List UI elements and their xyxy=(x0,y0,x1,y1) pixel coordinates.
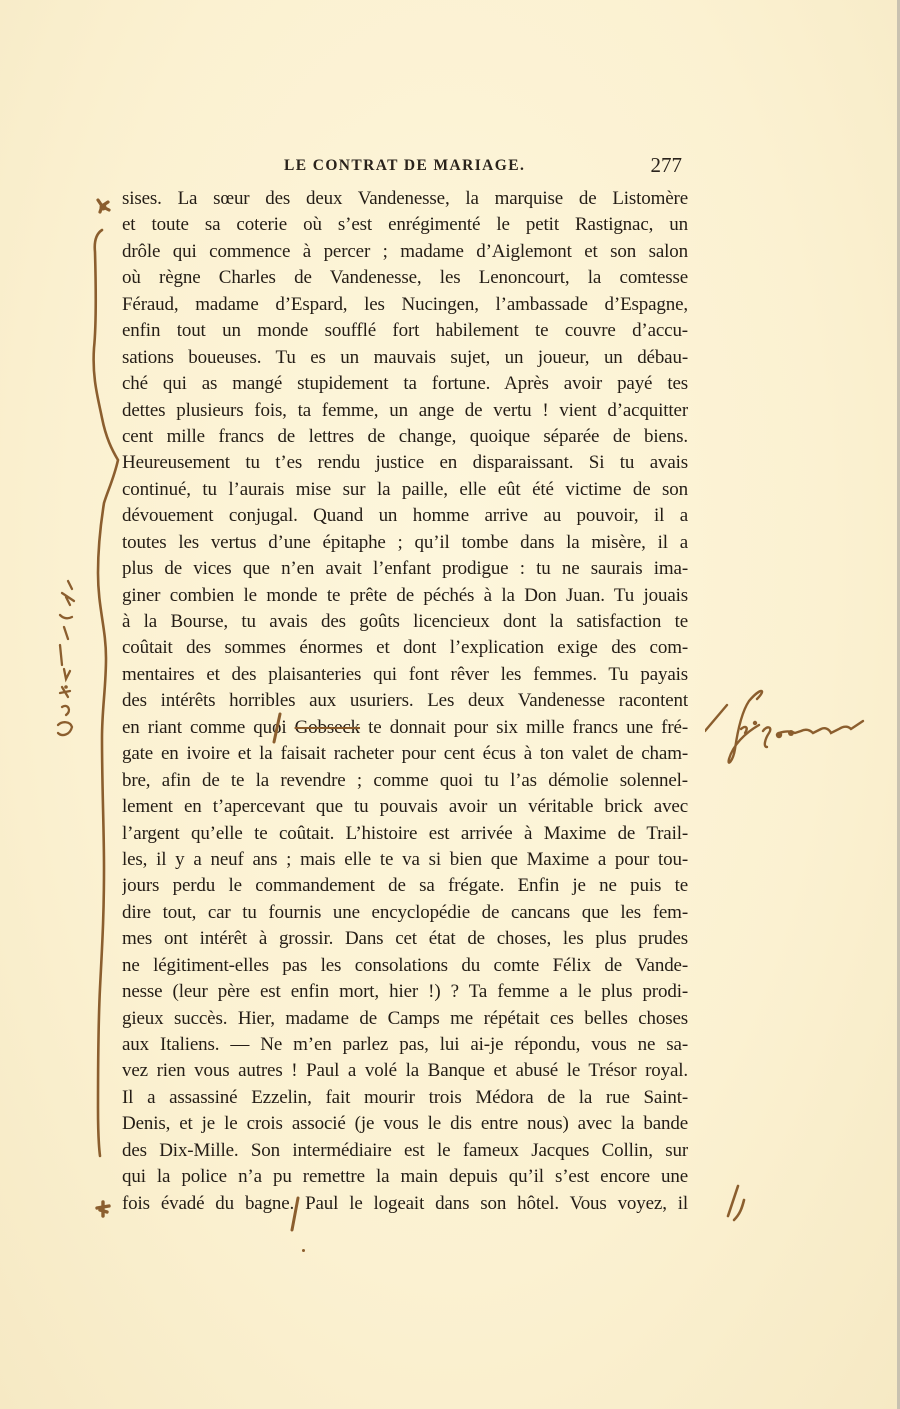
text-line: enfin tout un monde soufflé fort habilem… xyxy=(122,318,688,344)
running-title: LE CONTRAT DE MARIAGE. xyxy=(284,157,525,175)
text-line: à la Bourse, tu avais des goûts licencie… xyxy=(122,609,688,635)
text-line: jours perdu le commandement de sa frégat… xyxy=(122,873,688,899)
text-line: gieux succès. Hier, madame de Camps me r… xyxy=(122,1006,688,1032)
text-line: fois évadé du bagne. Paul le logeait dan… xyxy=(122,1191,688,1217)
text-line: coûtait des sommes énormes et dont l’exp… xyxy=(122,635,688,661)
text-line-with-correction: en riant comme quoi Gobseck te donnait p… xyxy=(122,715,688,741)
running-head: LE CONTRAT DE MARIAGE. 277 xyxy=(280,153,682,179)
text-line: nesse (leur père est enfin mort, hier !)… xyxy=(122,979,688,1005)
text-line: continué, tu l’aurais mise sur la paille… xyxy=(122,477,688,503)
text-line: vez rien vous autres ! Paul a volé la Ba… xyxy=(122,1058,688,1084)
text-line: mentaires et des plaisanteries qui font … xyxy=(122,662,688,688)
left-margin-note xyxy=(40,575,80,745)
text-line: des Dix-Mille. Son intermédiaire est le … xyxy=(122,1138,688,1164)
insertion-slash-icon xyxy=(288,1196,302,1232)
text-line: les, il y a neuf ans ; mais elle te va s… xyxy=(122,847,688,873)
text-line: Heureusement tu t’es rendu justice en di… xyxy=(122,450,688,476)
text-line: dire tout, car tu fournis une encyclopéd… xyxy=(122,900,688,926)
deletion-mark-icon xyxy=(270,712,284,744)
text-line: Féraud, madame d’Espard, les Nucingen, l… xyxy=(122,292,688,318)
text-line: toutes les vertus d’une épitaphe ; qu’il… xyxy=(122,530,688,556)
text-line: dévouement conjugal. Quand un homme arri… xyxy=(122,503,688,529)
body-text: sises. La sœur des deux Vandenesse, la m… xyxy=(122,186,688,1217)
double-slash-icon xyxy=(722,1182,752,1222)
text-line: plus de vices que n’en avait l’enfant pr… xyxy=(122,556,688,582)
text-line: cent mille francs de lettres de change, … xyxy=(122,424,688,450)
text-line: l’argent qu’elle te coûtait. L’histoire … xyxy=(122,821,688,847)
end-mark-icon xyxy=(94,1198,114,1220)
text-line: Denis, et je le crois associé (je vous l… xyxy=(122,1111,688,1137)
text-segment: en riant comme quoi xyxy=(122,717,295,738)
text-line: bre, afin de te la revendre ; comme quoi… xyxy=(122,768,688,794)
book-page: LE CONTRAT DE MARIAGE. 277 sises. La sœu… xyxy=(0,0,900,1409)
right-margin-note: / Gigonnet xyxy=(705,685,895,775)
text-line: des intérêts horribles aux usuriers. Les… xyxy=(122,688,688,714)
text-line: Il a assassiné Ezzelin, fait mourir troi… xyxy=(122,1085,688,1111)
ink-dot xyxy=(302,1249,305,1252)
text-line: drôle qui commence à percer ; madame d’A… xyxy=(122,239,688,265)
text-line: lement en t’apercevant que tu pouvais av… xyxy=(122,794,688,820)
start-mark-icon xyxy=(94,194,114,216)
text-line: ne légitiment-elles pas les consolations… xyxy=(122,953,688,979)
text-line: sations boueuses. Tu es un mauvais sujet… xyxy=(122,345,688,371)
text-line: et toute sa coterie où s’est enrégimenté… xyxy=(122,212,688,238)
page-number: 277 xyxy=(651,153,683,178)
text-line: ché qui as mangé stupidement ta fortune.… xyxy=(122,371,688,397)
text-segment: te donnait pour six mille francs une fré… xyxy=(360,717,688,738)
text-line: giner combien le monde te prête de péché… xyxy=(122,583,688,609)
text-line: sises. La sœur des deux Vandenesse, la m… xyxy=(122,186,688,212)
text-line: aux Italiens. — Ne m’en parlez pas, lui … xyxy=(122,1032,688,1058)
text-line: gate en ivoire et la faisait racheter po… xyxy=(122,741,688,767)
text-line: qui la police n’a pu remettre la main de… xyxy=(122,1164,688,1190)
text-line: mes ont intérêt à grossir. Dans cet état… xyxy=(122,926,688,952)
struck-word: Gobseck xyxy=(295,717,360,738)
margin-bracket-icon xyxy=(88,228,128,1163)
text-line: dettes plusieurs fois, ta femme, un ange… xyxy=(122,398,688,424)
text-line: où règne Charles de Vandenesse, les Leno… xyxy=(122,265,688,291)
